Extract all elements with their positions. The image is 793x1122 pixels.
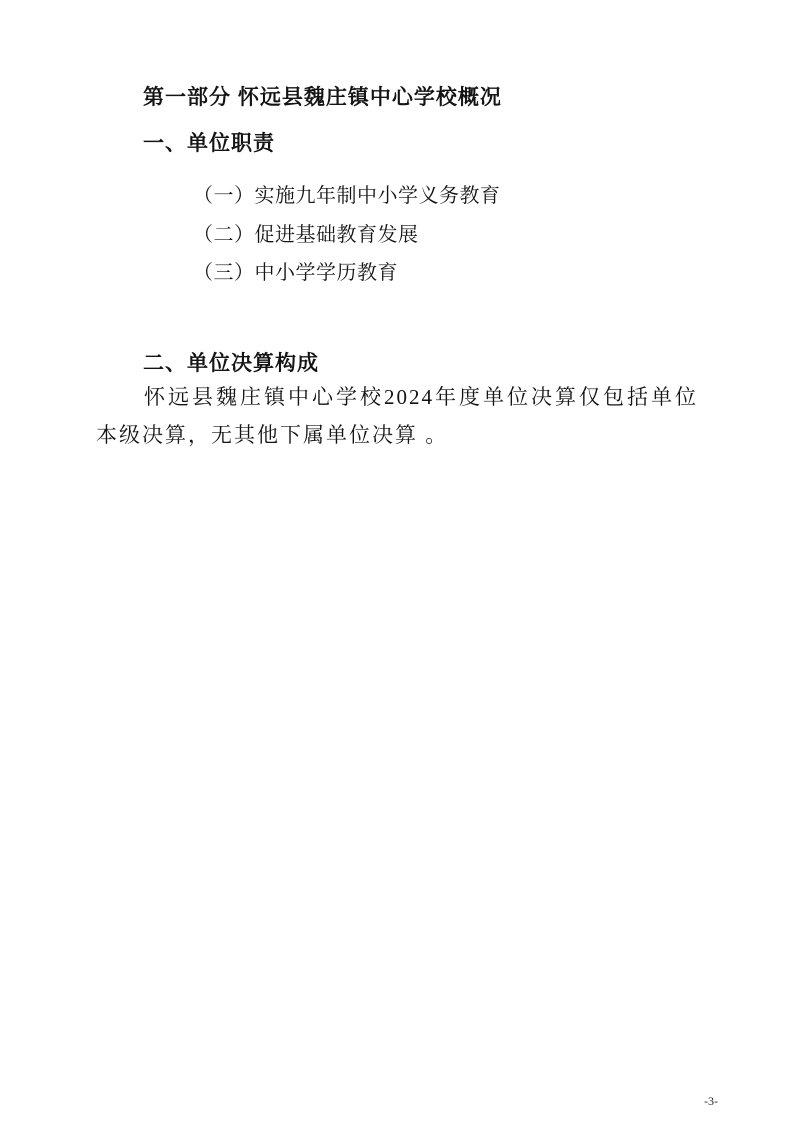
budget-composition-paragraph: 怀远县魏庄镇中心学校2024年度单位决算仅包括单位本级决算，无其他下属单位决算 … [96, 379, 698, 454]
section-heading-budget-composition: 二、单位决算构成 [143, 351, 319, 377]
page-number: -3- [698, 1094, 724, 1109]
duty-list-item: （二）促进基础教育发展 [193, 223, 419, 247]
section-heading-duties: 一、单位职责 [143, 131, 275, 157]
document-title: 第一部分 怀远县魏庄镇中心学校概况 [143, 85, 502, 111]
duty-list-item: （一）实施九年制中小学义务教育 [193, 184, 501, 208]
duty-list-item: （三）中小学学历教育 [193, 261, 398, 285]
document-page: 第一部分 怀远县魏庄镇中心学校概况 一、单位职责 （一）实施九年制中小学义务教育… [0, 0, 793, 1122]
